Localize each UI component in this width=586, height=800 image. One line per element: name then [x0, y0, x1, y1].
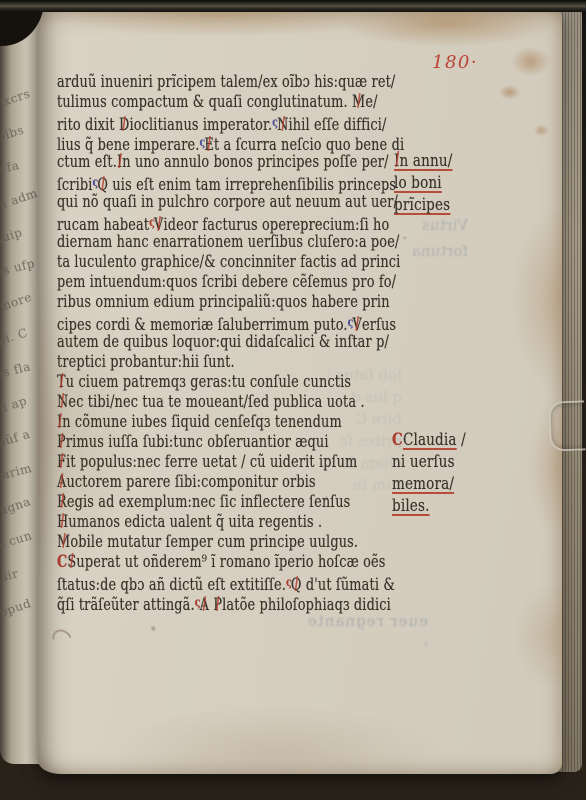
margin-note-annulo: In annu/lo boniprĩcipes [394, 150, 484, 216]
text-line: memora/ [392, 473, 486, 495]
text-line: treptici probantur:hii ſunt. [57, 352, 400, 372]
text-line: Fit populus:nec ferre uetat / cũ uiderit… [57, 452, 400, 472]
folio-number: 180· [432, 52, 478, 73]
text-segment: I [57, 412, 62, 432]
text-segment: V [154, 215, 163, 235]
text-segment: C [392, 430, 403, 449]
text-segment: qui nõ quaſi in pulchro corpore aut neuu… [57, 192, 398, 211]
text-line: ni uerſus [392, 451, 486, 473]
text-segment: biles. [392, 496, 430, 515]
text-line: In cõmune iubes ſiquid cenſeſqɜ tenendum [57, 412, 400, 432]
text-segment: ec tibi/nec tua te moueant/ſed publica u… [68, 392, 364, 411]
text-line: Mobile mutatur ſemper cum principe uulgu… [57, 532, 400, 552]
text-segment: treptici probantur:hii ſunt. [57, 352, 235, 371]
text-segment: Q [97, 175, 108, 195]
text-line: Humanos edicta ualent q̃ uita regentis . [57, 512, 400, 532]
text-segment: arduũ inueniri prĩcipem talem/ex oĩbɔ hi… [57, 72, 395, 91]
text-segment: S [67, 552, 76, 572]
text-line: arduũ inueniri prĩcipem talem/ex oĩbɔ hi… [57, 72, 400, 92]
text-segment: autem de quibus loquor:qui didaſcalici &… [57, 332, 389, 351]
text-segment: uperat ut oñderem⁹ ĩ romano ĩperio hoſcæ… [76, 552, 385, 571]
text-segment: / [457, 430, 466, 449]
text-line: ſtatus:de qbɔ añ dictũ eſt extitiſſe.ςQ … [57, 572, 400, 592]
page-clip [548, 400, 586, 451]
text-segment: q̃ſi trãſeũter attingã. [57, 595, 195, 614]
text-line: qui nõ quaſi in pulchro corpore aut neuu… [57, 192, 400, 212]
text-line: Nec tibi/nec tua te moueant/ſed publica … [57, 392, 400, 412]
text-segment: N [277, 115, 288, 135]
text-segment: latõe philoſophiaqɜ didici [222, 595, 391, 614]
text-segment: M [352, 92, 365, 112]
text-line: ribus omnium edium principaliũ:quos habe… [57, 292, 400, 312]
text-segment: ta luculento graphice/& concinniter fact… [57, 252, 400, 271]
text-line: Tu ciuem patremqɜ geras:tu conſule cunct… [57, 372, 400, 392]
text-segment: umanos edicta ualent q̃ uita regentis . [68, 512, 322, 531]
text-line: CClaudia / [392, 429, 486, 451]
text-segment: pem intuendum:quos ſcribi debere cẽſemus… [57, 272, 396, 291]
text-line: Primus iuſſa ſubi:tunc obſeruantior æqui [57, 432, 400, 452]
text-segment: A [200, 595, 209, 615]
text-segment: R [57, 492, 67, 512]
text-segment: diernam hanc enarrationem uerſibus cluſe… [57, 232, 399, 251]
text-segment: n cõmune iubes ſiquid cenſeſqɜ tenendum [62, 412, 342, 431]
bleedthrough-text: euer regnante , [296, 612, 428, 648]
text-segment: egis ad exemplum:nec ſic inflectere ſenſ… [67, 492, 351, 511]
text-line: q̃ſi trãſeũter attingã.ςA Platõe philoſo… [57, 592, 400, 612]
text-segment: n annu/ [400, 151, 453, 170]
text-segment: uctorem parere ſibi:componitur orbis [66, 472, 315, 491]
text-line: Regis ad exemplum:nec ſic inflectere ſen… [57, 492, 400, 512]
text-line: ta luculento graphice/& concinniter fact… [57, 252, 400, 272]
bleedthrough-line: fortuna [398, 238, 468, 264]
text-line: rucam habeatςVideor facturus operepreciu… [57, 212, 400, 232]
margin-note-claudiani: CClaudia /ni uerſusmemora/biles. [392, 429, 486, 517]
text-segment: C [57, 552, 67, 571]
text-segment: Q [291, 575, 302, 595]
text-line: CSuperat ut oñderem⁹ ĩ romano ĩperio hoſ… [57, 552, 400, 572]
text-segment: A [57, 472, 66, 492]
bleedthrough-text: Virtusfortuna [398, 212, 468, 264]
text-segment: V [353, 315, 362, 335]
gutter-text-fragments: ixcrsoibso faa admiuipus ufpmorepi. Cus … [0, 90, 40, 634]
text-segment: ctum eſt. [57, 152, 117, 171]
manuscript-page: 180· Virtusfortuna lob ſatqs iq lus dbir… [38, 8, 562, 774]
pen-mark [49, 626, 75, 651]
book-photo: ixcrsoibso faa admiuipus ufpmorepi. Cus … [0, 0, 586, 800]
text-segment: P [213, 595, 222, 615]
text-line: Auctorem parere ſibi:componitur orbis [57, 472, 400, 492]
text-line: rito dixit Dioclitianus imperator.ςNihil… [57, 112, 400, 132]
text-segment: ni uerſus [392, 452, 455, 471]
text-segment: F [57, 452, 66, 472]
text-segment: E [204, 135, 214, 155]
text-line: lius q̃ bene imperare.ςEt a ſcurra neſci… [57, 132, 400, 152]
text-line: pem intuendum:quos ſcribi debere cẽſemus… [57, 272, 400, 292]
body-text: arduũ inueniri prĩcipem talem/ex oĩbɔ hi… [57, 72, 400, 612]
text-segment: T [57, 372, 66, 392]
text-segment: e/ [365, 92, 377, 111]
text-line: tulimus compactum & quaſi conglutinatum.… [57, 92, 400, 112]
binding-top-edge [0, 0, 586, 12]
text-segment: Claudia [403, 430, 457, 449]
text-segment: tulimus compactum & quaſi conglutinatum. [57, 92, 352, 111]
text-line: lo boni [394, 172, 484, 194]
text-line: In annu/ [394, 150, 484, 172]
text-segment: I [117, 152, 122, 172]
text-line: autem de quibus loquor:qui didaſcalici &… [57, 332, 400, 352]
text-line: prĩcipes [394, 194, 484, 216]
text-line: diernam hanc enarrationem uerſibus cluſe… [57, 232, 400, 252]
text-segment: M [57, 532, 70, 552]
text-segment: D [119, 115, 129, 135]
text-segment: ribus omnium edium principaliũ:quos habe… [57, 292, 390, 311]
text-line: ctum eſt.In uno annulo bonos principes p… [57, 152, 400, 172]
text-segment: obile mutatur ſemper cum principe uulgus… [70, 532, 358, 551]
text-segment: I [394, 150, 400, 172]
text-segment: it populus:nec ferre uetat / cũ uiderit … [66, 452, 357, 471]
text-line: cipes cordi & memoriæ ſaluberrimum puto.… [57, 312, 400, 332]
text-line: biles. [392, 495, 486, 517]
text-segment: P [57, 432, 66, 452]
text-segment: H [57, 512, 68, 532]
text-segment: memora/ [392, 474, 454, 493]
text-segment: u ciuem patremqɜ geras:tu conſule cuncti… [66, 372, 351, 391]
text-segment: N [57, 392, 68, 412]
text-segment: rimus iuſſa ſubi:tunc obſeruantior æqui [66, 432, 329, 451]
bleedthrough-line: euer regnante , [307, 612, 428, 648]
text-segment: prĩcipes [394, 195, 450, 214]
text-line: ſcribiςQ uis eſt enim tam irreprehenſibi… [57, 172, 400, 192]
text-segment: lo boni [394, 173, 442, 192]
text-segment: n uno annulo bonos principes poſſe per/ [122, 152, 388, 171]
